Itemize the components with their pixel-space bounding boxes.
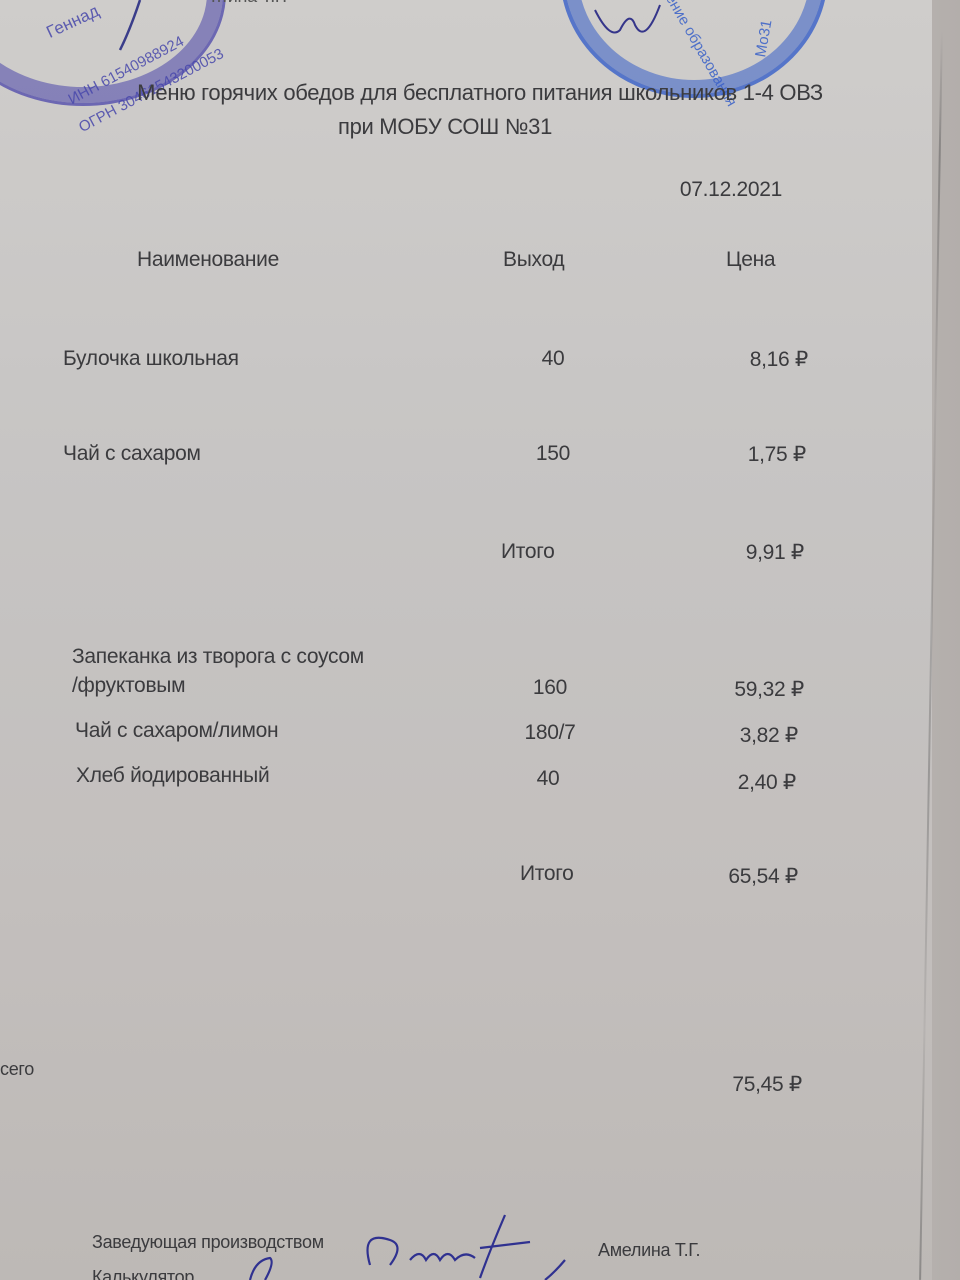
item-name-line1: Запеканка из творога с соусом bbox=[72, 645, 364, 669]
subtotal-value: 9,91 ₽ bbox=[680, 540, 804, 565]
item-price: 8,16 ₽ bbox=[680, 347, 808, 372]
top-cut-text: …ина Т.Г. bbox=[210, 0, 287, 7]
school-name: при МОБУ СОШ №31 bbox=[0, 114, 890, 140]
calculator-label: Калькулятор bbox=[92, 1267, 194, 1280]
grand-total-label: сего bbox=[0, 1059, 34, 1080]
item-name: Чай с сахаром bbox=[63, 442, 201, 466]
column-header-price: Цена bbox=[726, 248, 775, 272]
item-price: 2,40 ₽ bbox=[680, 770, 796, 795]
item-name: Чай с сахаром/лимон bbox=[75, 719, 278, 743]
item-yield: 40 bbox=[513, 347, 593, 371]
grand-total-value: 75,45 ₽ bbox=[680, 1072, 802, 1097]
item-price: 59,32 ₽ bbox=[680, 677, 804, 702]
menu-date: 07.12.2021 bbox=[600, 178, 782, 202]
item-price: 1,75 ₽ bbox=[680, 442, 806, 467]
item-price: 3,82 ₽ bbox=[680, 723, 798, 748]
item-name-line2: /фруктовым bbox=[72, 674, 185, 698]
document-page: ИНН 61540988924 ОГРН 30461543200053 Генн… bbox=[0, 0, 932, 1280]
item-yield: 150 bbox=[513, 442, 593, 466]
stamp-right-inner-text: Мо31 bbox=[752, 18, 775, 58]
production-head-label: Заведующая производством bbox=[92, 1232, 324, 1253]
calculator-signature bbox=[225, 1250, 585, 1280]
production-head-name: Амелина Т.Г. bbox=[598, 1240, 700, 1261]
item-name: Хлеб йодированный bbox=[76, 764, 269, 788]
stamp-arc-text: Геннад bbox=[43, 1, 102, 43]
item-name: Булочка школьная bbox=[63, 347, 239, 371]
item-yield: 40 bbox=[508, 767, 588, 791]
handwritten-signature bbox=[330, 1210, 550, 1280]
subtotal-label: Итого bbox=[520, 862, 574, 886]
subtotal-label: Итого bbox=[501, 540, 555, 564]
menu-title: Меню горячих обедов для бесплатного пита… bbox=[0, 80, 960, 106]
item-yield: 180/7 bbox=[508, 721, 592, 745]
paper-edge bbox=[919, 30, 943, 1280]
item-yield: 160 bbox=[510, 676, 590, 700]
subtotal-value: 65,54 ₽ bbox=[680, 864, 798, 889]
column-header-yield: Выход bbox=[503, 248, 564, 272]
column-header-name: Наименование bbox=[137, 248, 279, 272]
